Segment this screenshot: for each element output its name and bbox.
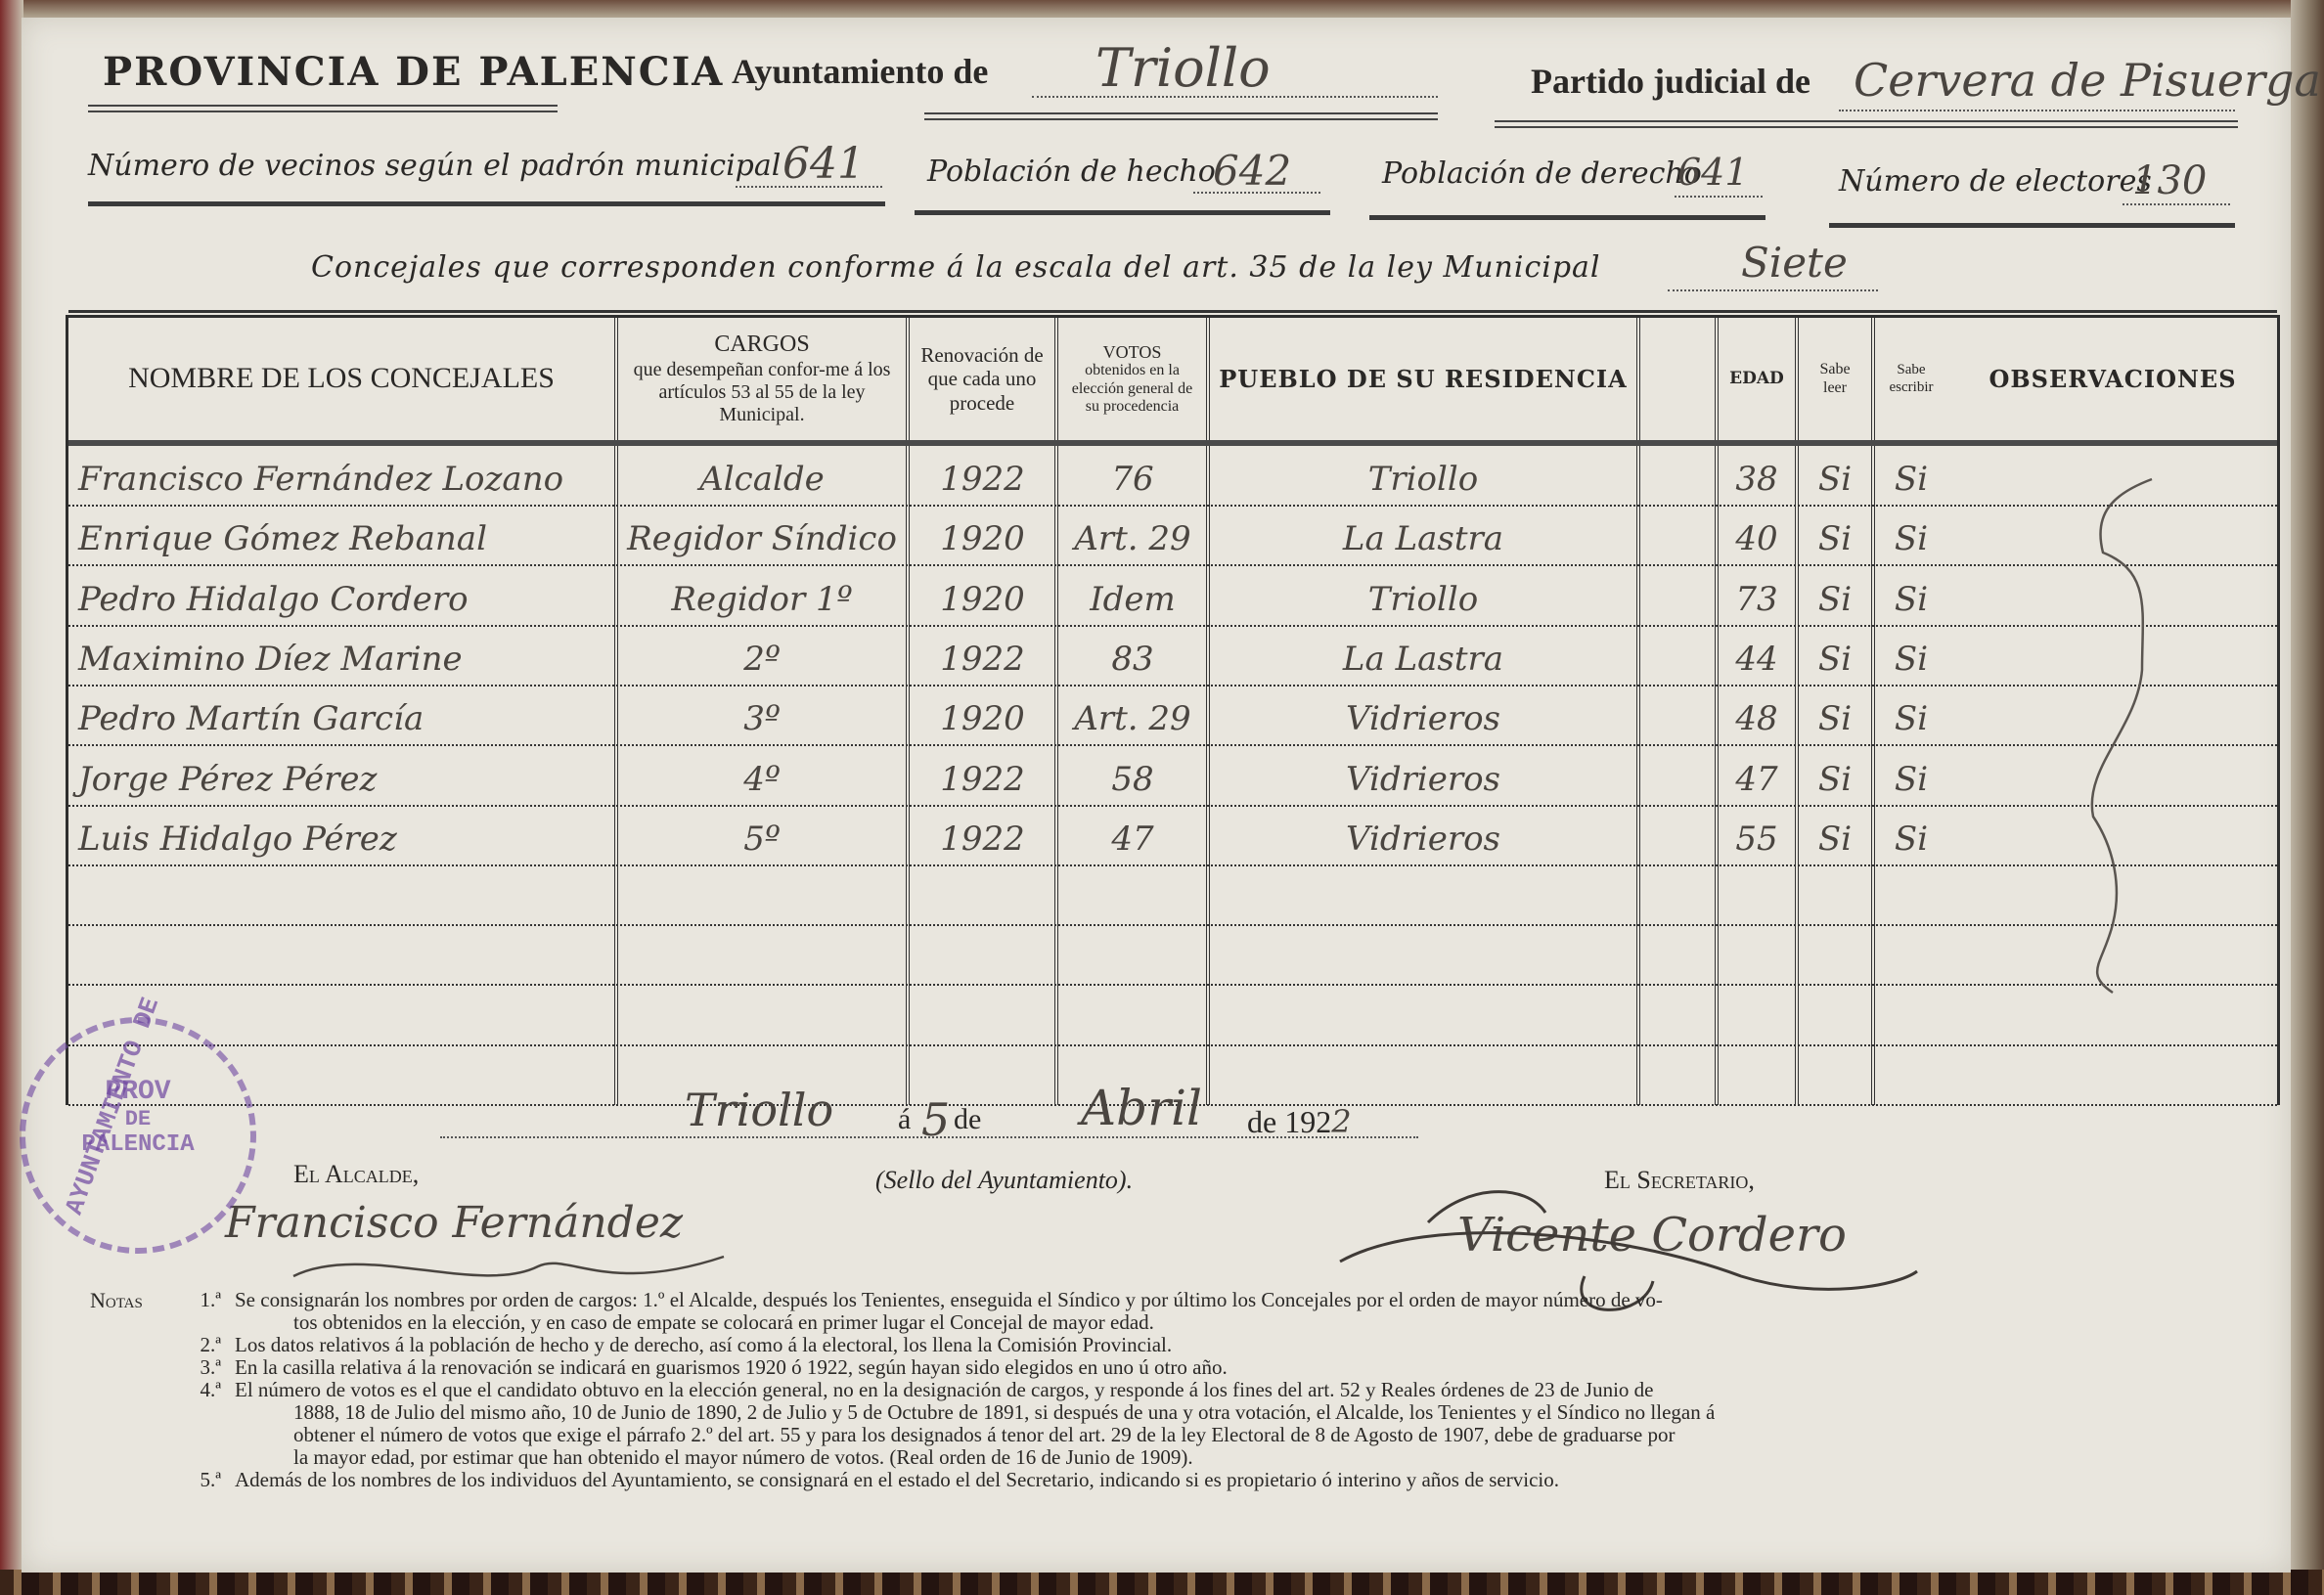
hecho-underline [915, 210, 1330, 215]
stamp-line2: DE [25, 1107, 250, 1131]
cell-leer: Si [1800, 626, 1870, 683]
province-title: PROVINCIA DE PALENCIA [103, 49, 724, 95]
header-votos-title: VOTOS [1103, 342, 1162, 363]
date-de1: de [954, 1103, 981, 1136]
cell-escribir: Si [1876, 746, 1946, 803]
book-edge-right [2291, 0, 2324, 1595]
alcalde-label: El Alcalde, [293, 1160, 419, 1189]
header-votos-desc: obtenidos en la elección general de su p… [1064, 362, 1200, 416]
note-text: obtener el número de votos que exige el … [235, 1424, 2222, 1446]
electores-value: 130 [2132, 158, 2207, 203]
province-underline [88, 105, 558, 112]
cell-escribir: Si [1876, 566, 1946, 623]
cell-cargo: Regidor Síndico [621, 506, 903, 562]
cell-nombre: Jorge Pérez Pérez [78, 746, 611, 803]
cell-votos: 58 [1060, 746, 1205, 803]
cell-nombre: Maximino Díez Marine [78, 626, 611, 683]
concejales-value: Siete [1741, 239, 1848, 287]
observaciones-brace-mark [2005, 474, 2201, 1002]
partido-underline [1495, 120, 2238, 128]
notes-label [90, 1401, 178, 1424]
note-number [178, 1311, 235, 1334]
table-row: Luis Hidalgo Pérez5º192247Vidrieros55SiS… [68, 806, 2277, 866]
cell-leer: Si [1800, 746, 1870, 803]
header-leer-label: Sabe leer [1812, 361, 1857, 397]
cell-pueblo: Vidrieros [1213, 686, 1633, 742]
cell-escribir: Si [1876, 806, 1946, 863]
partido-value: Cervera de Pisuerga [1854, 54, 2321, 107]
cell-leer [1800, 986, 1870, 1042]
cell-cargo: 5º [621, 806, 903, 863]
electores-dotline [2123, 203, 2230, 205]
cell-pueblo: La Lastra [1213, 506, 1633, 562]
electores-underline [1829, 223, 2235, 228]
note-line: 3.ªEn la casilla relativa á la renovació… [90, 1356, 2222, 1379]
cell-edad: 38 [1720, 446, 1794, 503]
notes-label [90, 1424, 178, 1446]
note-number: 4.ª [178, 1379, 235, 1401]
table-row: Pedro Hidalgo CorderoRegidor 1º1920IdemT… [68, 566, 2277, 627]
cell-votos [1060, 925, 1205, 982]
cell-nombre: Francisco Fernández Lozano [78, 446, 611, 503]
header-cargos: CARGOS que desempeñan confor-me á los ar… [618, 318, 906, 440]
notes-label [90, 1446, 178, 1469]
stamp-line1: PROV [25, 1077, 250, 1107]
cell-cargo: Alcalde [621, 446, 903, 503]
table-row: Enrique Gómez RebanalRegidor Síndico1920… [68, 506, 2277, 566]
cell-edad: 55 [1720, 806, 1794, 863]
table-row: Jorge Pérez Pérez4º192258Vidrieros47SiSi [68, 746, 2277, 807]
cell-leer: Si [1800, 506, 1870, 562]
header-pueblo: PUEBLO DE SU RESIDENCIA [1210, 318, 1636, 440]
cell-cargo [621, 865, 903, 922]
cell-votos: Art. 29 [1060, 686, 1205, 742]
hecho-label: Población de hecho [927, 155, 1216, 189]
notes-label [90, 1379, 178, 1401]
cell-escribir [1876, 865, 1946, 922]
notes-label [90, 1469, 178, 1491]
vecinos-value: 641 [782, 139, 865, 189]
cell-leer [1800, 925, 1870, 982]
stamp-line3: PALENCIA [25, 1131, 250, 1158]
header-edad: EDAD [1719, 318, 1795, 440]
cell-votos [1060, 865, 1205, 922]
cell-pueblo [1213, 925, 1633, 982]
note-text: Se consignarán los nombres por orden de … [235, 1289, 2222, 1311]
cell-renovacion: 1922 [912, 446, 1053, 503]
hecho-value: 642 [1213, 147, 1291, 195]
cell-renovacion [912, 865, 1053, 922]
cell-renovacion [912, 925, 1053, 982]
cell-nombre: Enrique Gómez Rebanal [78, 506, 611, 562]
header-observaciones: OBSERVACIONES [1951, 318, 2274, 440]
note-line: obtener el número de votos que exige el … [90, 1424, 2222, 1446]
electores-label: Número de electores [1839, 164, 2152, 199]
derecho-label: Población de derecho [1382, 156, 1702, 191]
cell-cargo: 4º [621, 746, 903, 803]
notes-label: Notas [90, 1289, 178, 1311]
table-row [68, 925, 2277, 986]
cell-leer: Si [1800, 446, 1870, 503]
date-year-hand: 2 [1331, 1103, 1351, 1140]
note-number [178, 1401, 235, 1424]
table-row: Pedro Martín García3º1920Art. 29Vidriero… [68, 686, 2277, 746]
header-escribir-label: Sabe escribir [1881, 362, 1942, 396]
concejales-dotline [1668, 289, 1878, 291]
ayuntamiento-label: Ayuntamiento de [732, 51, 988, 92]
note-number [178, 1424, 235, 1446]
cell-renovacion: 1922 [912, 746, 1053, 803]
date-year-printed: 192 [1284, 1104, 1331, 1139]
cell-edad [1720, 925, 1794, 982]
cell-escribir: Si [1876, 446, 1946, 503]
cell-edad [1720, 1045, 1794, 1102]
ayuntamiento-stamp: AYUNTAMIENTO DE PROV DE PALENCIA [20, 1017, 256, 1254]
note-number: 3.ª [178, 1356, 235, 1379]
cell-pueblo: La Lastra [1213, 626, 1633, 683]
cell-leer: Si [1800, 806, 1870, 863]
cell-escribir [1876, 925, 1946, 982]
cell-edad: 48 [1720, 686, 1794, 742]
header-nombre: NOMBRE DE LOS CONCEJALES [68, 318, 614, 440]
cell-escribir [1876, 986, 1946, 1042]
header-cargos-desc: que desempeñan confor-me á los artículos… [618, 359, 906, 426]
cell-pueblo: Vidrieros [1213, 806, 1633, 863]
ayuntamiento-underline [924, 112, 1438, 120]
cell-nombre: Pedro Hidalgo Cordero [78, 566, 611, 623]
cell-edad: 40 [1720, 506, 1794, 562]
note-number: 1.ª [178, 1289, 235, 1311]
cell-leer: Si [1800, 566, 1870, 623]
cell-nombre [78, 925, 611, 982]
vecinos-label: Número de vecinos según el padrón munici… [88, 149, 781, 183]
cell-pueblo: Triollo [1213, 446, 1633, 503]
notes-section: Notas1.ªSe consignarán los nombres por o… [90, 1289, 2222, 1491]
header-pueblo-label: PUEBLO DE SU RESIDENCIA [1219, 366, 1628, 393]
notes-label [90, 1356, 178, 1379]
note-text: la mayor edad, por estimar que han obten… [235, 1446, 2222, 1469]
cell-cargo [621, 986, 903, 1042]
note-line: Notas1.ªSe consignarán los nombres por o… [90, 1289, 2222, 1311]
cell-leer [1800, 1045, 1870, 1102]
date-a: á [898, 1103, 911, 1136]
cell-renovacion: 1922 [912, 806, 1053, 863]
cell-nombre [78, 865, 611, 922]
cell-escribir: Si [1876, 686, 1946, 742]
cell-votos: Art. 29 [1060, 506, 1205, 562]
cell-renovacion: 1920 [912, 566, 1053, 623]
note-text: Además de los nombres de los individuos … [235, 1469, 2222, 1491]
cell-pueblo [1213, 986, 1633, 1042]
header-renovacion-label: Renovación de que cada uno procede [916, 343, 1049, 414]
date-de2: de [1247, 1104, 1276, 1139]
table-row: Francisco Fernández LozanoAlcalde192276T… [68, 446, 2277, 507]
cell-cargo [621, 925, 903, 982]
date-year-label: de 1922 [1247, 1103, 1352, 1140]
vecinos-underline [88, 201, 885, 206]
notes-label [90, 1334, 178, 1356]
concejales-table: NOMBRE DE LOS CONCEJALES CARGOS que dese… [66, 315, 2280, 1105]
cell-renovacion [912, 986, 1053, 1042]
book-edge-bottom [0, 1570, 2324, 1595]
note-text: 1888, 18 de Julio del mismo año, 10 de J… [235, 1401, 2222, 1424]
derecho-underline [1369, 215, 1765, 220]
cell-edad [1720, 865, 1794, 922]
date-place: Triollo [685, 1084, 833, 1136]
book-edge-left [0, 0, 23, 1595]
note-line: 2.ªLos datos relativos á la población de… [90, 1334, 2222, 1356]
cell-votos [1060, 986, 1205, 1042]
cell-leer [1800, 865, 1870, 922]
note-line: tos obtenidos en la elección, y en caso … [90, 1311, 2222, 1334]
derecho-dotline [1675, 196, 1763, 198]
cell-escribir: Si [1876, 626, 1946, 683]
cell-escribir: Si [1876, 506, 1946, 562]
cell-votos: Idem [1060, 566, 1205, 623]
note-number [178, 1446, 235, 1469]
cell-cargo: 2º [621, 626, 903, 683]
header-votos: VOTOS obtenidos en la elección general d… [1058, 318, 1206, 440]
concejales-label: Concejales que corresponden conforme á l… [311, 250, 1601, 285]
table-row [68, 986, 2277, 1046]
note-number: 5.ª [178, 1469, 235, 1491]
cell-leer: Si [1800, 686, 1870, 742]
note-line: 1888, 18 de Julio del mismo año, 10 de J… [90, 1401, 2222, 1424]
cell-edad: 73 [1720, 566, 1794, 623]
header-edad-label: EDAD [1729, 370, 1784, 389]
note-text: tos obtenidos en la elección, y en caso … [235, 1311, 2222, 1334]
cell-pueblo [1213, 865, 1633, 922]
cell-nombre: Pedro Martín García [78, 686, 611, 742]
table-row [68, 865, 2277, 926]
header-nombre-label: NOMBRE DE LOS CONCEJALES [128, 362, 555, 396]
note-text: Los datos relativos á la población de he… [235, 1334, 2222, 1356]
partido-label: Partido judicial de [1531, 61, 1810, 102]
derecho-value: 641 [1677, 151, 1749, 194]
cell-renovacion: 1922 [912, 626, 1053, 683]
cell-votos: 47 [1060, 806, 1205, 863]
header-leer: Sabe leer [1799, 318, 1871, 440]
cell-cargo: 3º [621, 686, 903, 742]
note-text: En la casilla relativa á la renovación s… [235, 1356, 2222, 1379]
cell-votos: 76 [1060, 446, 1205, 503]
cell-escribir [1876, 1045, 1946, 1102]
cell-renovacion: 1920 [912, 506, 1053, 562]
cell-cargo: Regidor 1º [621, 566, 903, 623]
cell-pueblo [1213, 1045, 1633, 1102]
partido-dotline [1839, 110, 2235, 111]
cell-pueblo: Triollo [1213, 566, 1633, 623]
header-renovacion: Renovación de que cada uno procede [910, 318, 1054, 440]
note-line: 4.ªEl número de votos es el que el candi… [90, 1379, 2222, 1401]
cell-edad [1720, 986, 1794, 1042]
sello-label: (Sello del Ayuntamiento). [875, 1166, 1133, 1195]
date-day: 5 [921, 1093, 950, 1146]
note-line: la mayor edad, por estimar que han obten… [90, 1446, 2222, 1469]
notes-label [90, 1311, 178, 1334]
header-observaciones-label: OBSERVACIONES [1989, 366, 2236, 393]
table-row: Maximino Díez Marine2º192283La Lastra44S… [68, 626, 2277, 687]
note-line: 5.ªAdemás de los nombres de los individu… [90, 1469, 2222, 1491]
cell-nombre: Luis Hidalgo Pérez [78, 806, 611, 863]
cell-pueblo: Vidrieros [1213, 746, 1633, 803]
cell-edad: 44 [1720, 626, 1794, 683]
cell-renovacion: 1920 [912, 686, 1053, 742]
ayuntamiento-value: Triollo [1095, 37, 1271, 99]
table-top-rule [68, 310, 2277, 313]
cell-edad: 47 [1720, 746, 1794, 803]
cell-votos: 83 [1060, 626, 1205, 683]
header-cargos-title: CARGOS [714, 332, 809, 359]
date-month: Abril [1081, 1080, 1202, 1136]
header-escribir: Sabe escribir [1875, 318, 1947, 440]
note-text: El número de votos es el que el candidat… [235, 1379, 2222, 1401]
note-number: 2.ª [178, 1334, 235, 1356]
